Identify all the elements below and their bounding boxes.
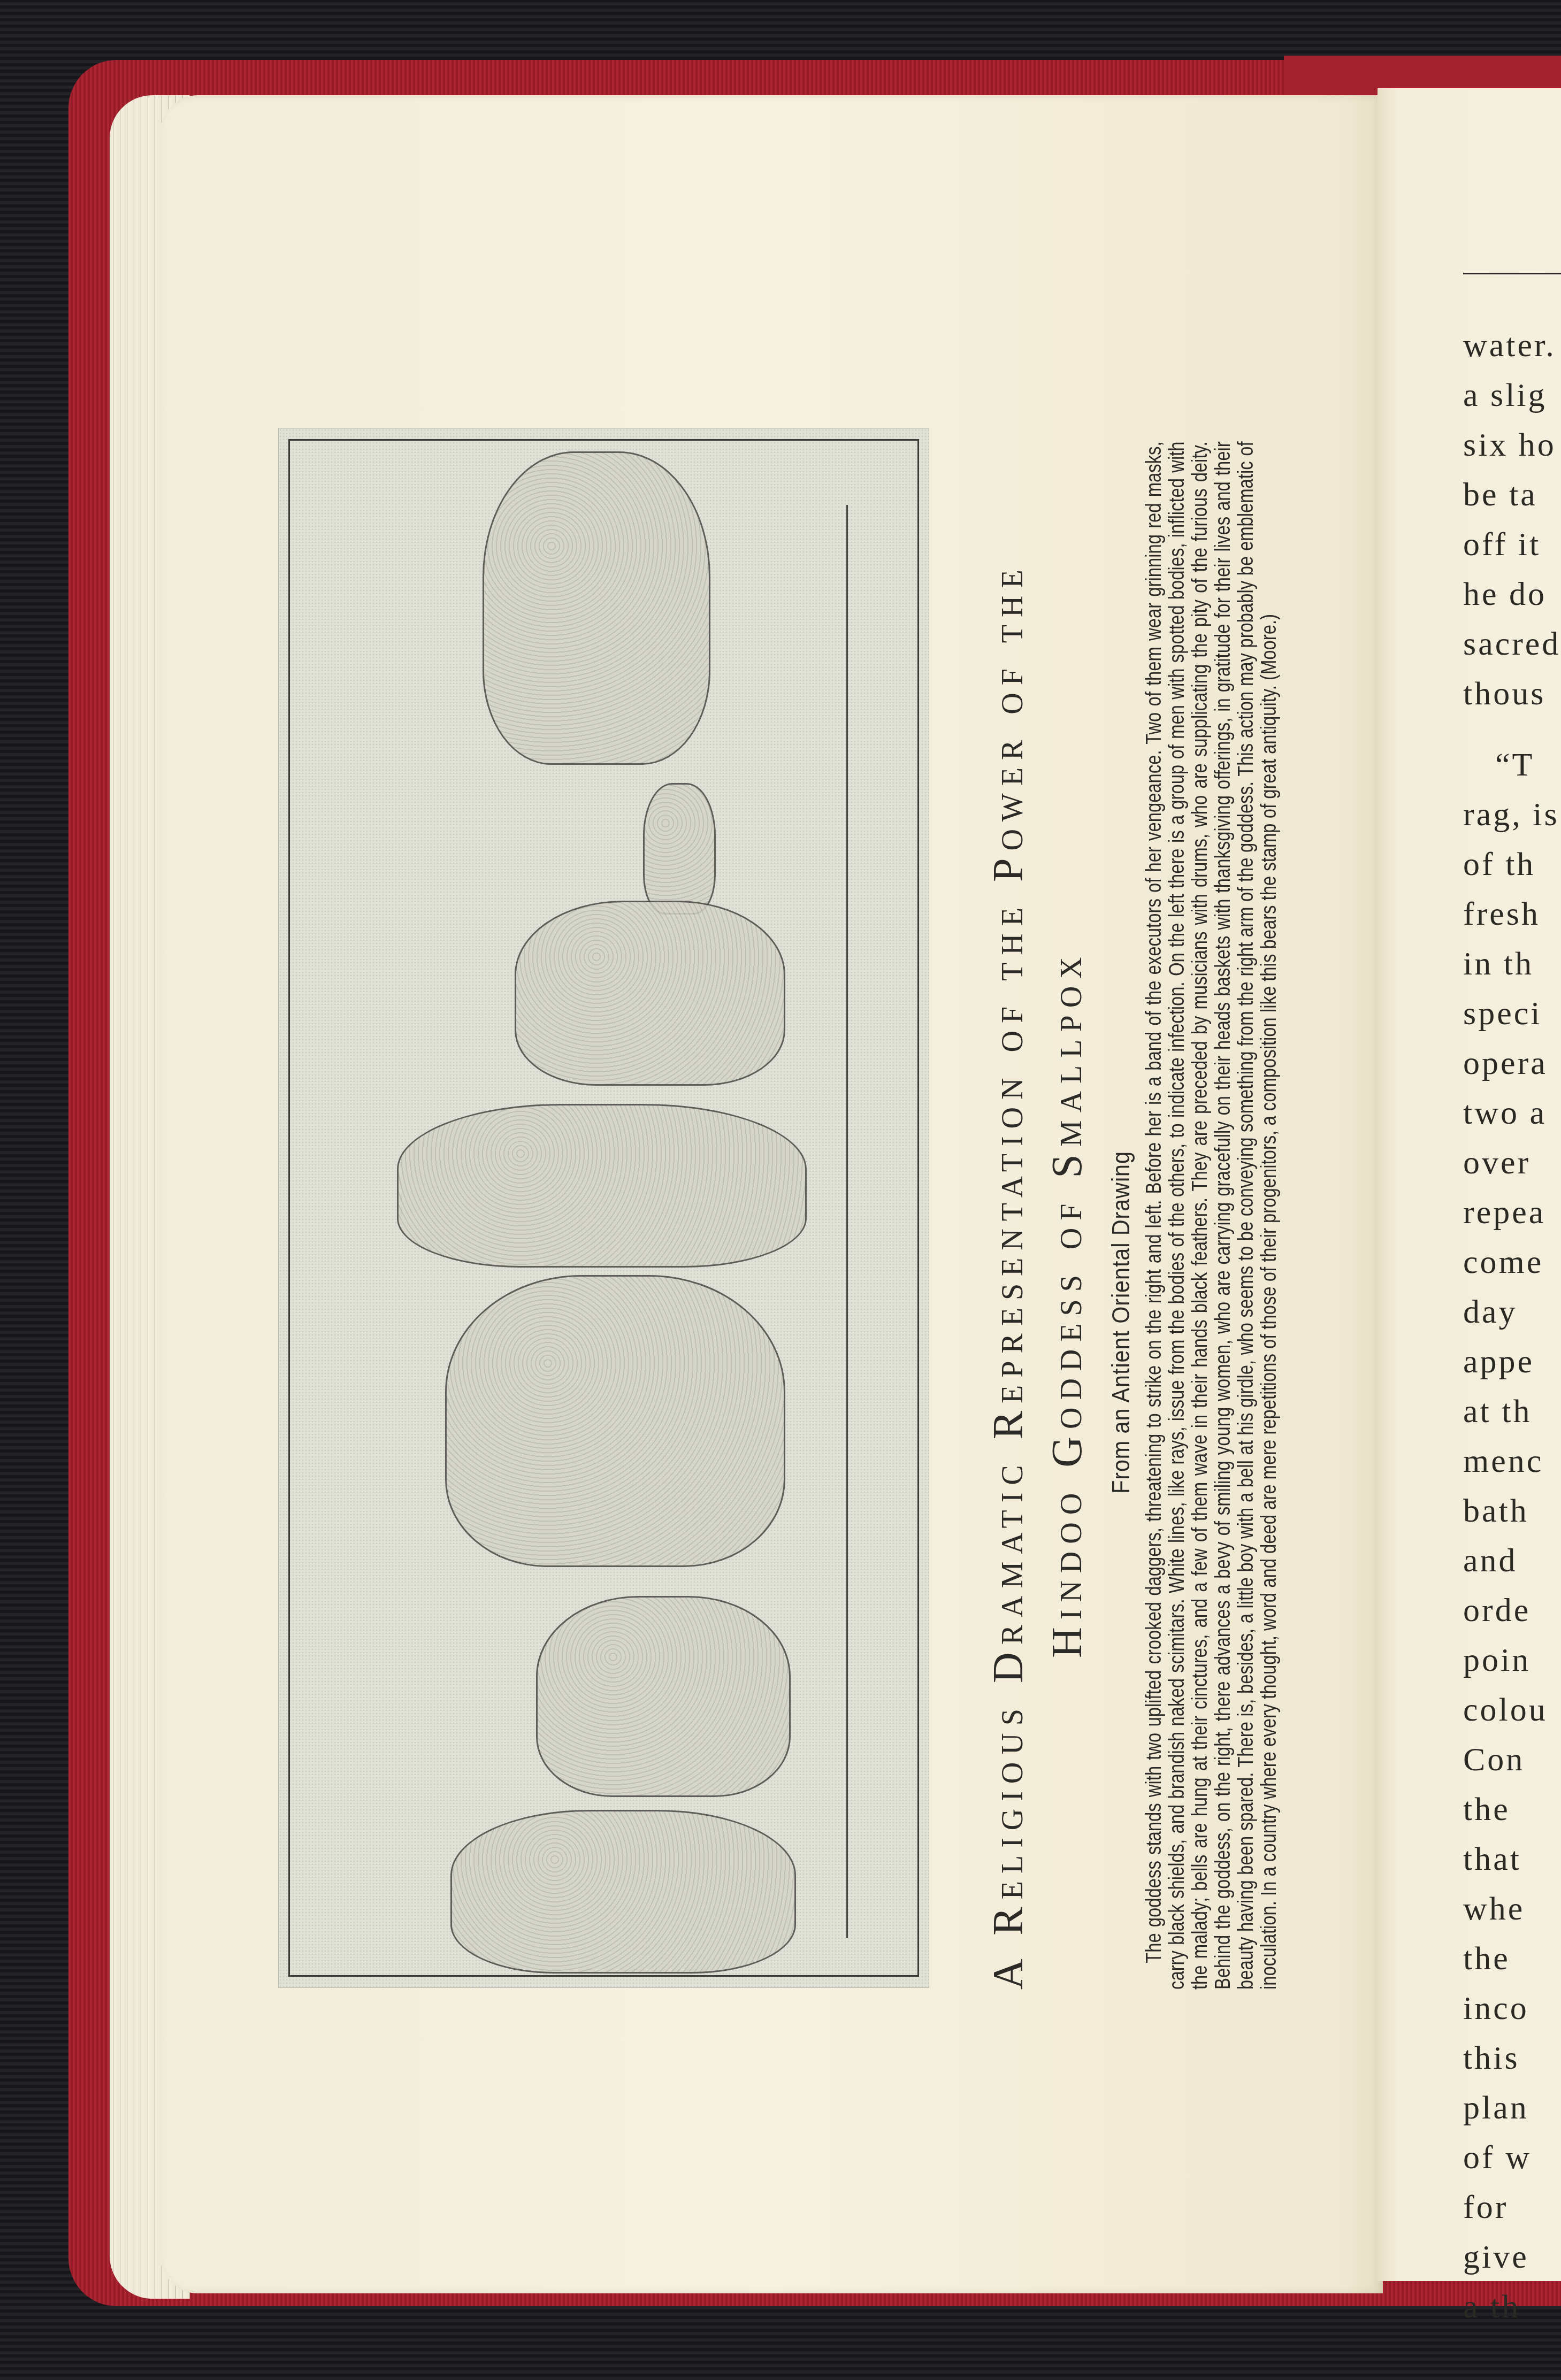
- text-line: that: [1463, 1834, 1561, 1884]
- illustration-plate: [278, 428, 929, 1988]
- text-line: the: [1463, 1934, 1561, 1984]
- text-line: colou: [1463, 1685, 1561, 1735]
- text-line: off it: [1463, 520, 1561, 570]
- goddess-figure: [397, 1104, 807, 1268]
- text-line: “T: [1463, 740, 1561, 790]
- text-line: of th: [1463, 840, 1561, 889]
- text-line: fresh: [1463, 889, 1561, 939]
- text-line: inco: [1463, 1984, 1561, 2033]
- text-line: in th: [1463, 939, 1561, 989]
- text-line: plan: [1463, 2083, 1561, 2133]
- text-line: opera: [1463, 1039, 1561, 1088]
- drummers-figures: [536, 1596, 791, 1797]
- text-line: at th: [1463, 1387, 1561, 1437]
- spotted-men-figures: [450, 1810, 796, 1974]
- header-rule: [1463, 273, 1561, 274]
- text-line: six ho: [1463, 420, 1561, 470]
- text-line: day: [1463, 1287, 1561, 1337]
- text-line: over: [1463, 1138, 1561, 1188]
- text-line: water.: [1463, 321, 1561, 371]
- caption-title: A Religious Dramatic Representation of t…: [979, 433, 1097, 1990]
- text-line: come: [1463, 1238, 1561, 1287]
- text-line: appe: [1463, 1337, 1561, 1387]
- text-line: menc: [1463, 1437, 1561, 1486]
- ground-line: [846, 505, 848, 1938]
- text-line: whe: [1463, 1884, 1561, 1934]
- text-line: rag, is: [1463, 790, 1561, 840]
- text-line: of w: [1463, 2133, 1561, 2183]
- right-page-text: water. a slig six ho be ta off it he do …: [1463, 321, 1561, 2332]
- text-line: and: [1463, 1536, 1561, 1586]
- caption-title-line2: Hindoo Goddess of Smallpox: [1038, 433, 1097, 1990]
- text-line: this: [1463, 2033, 1561, 2083]
- text-line: be ta: [1463, 470, 1561, 520]
- text-line: a slig: [1463, 371, 1561, 420]
- text-line: the: [1463, 1785, 1561, 1834]
- text-line: speci: [1463, 989, 1561, 1039]
- text-line: a th: [1463, 2282, 1561, 2332]
- text-line: poin: [1463, 1636, 1561, 1685]
- little-boy-figures: [643, 783, 716, 915]
- text-line: for: [1463, 2183, 1561, 2232]
- caption: A Religious Dramatic Representation of t…: [979, 433, 1321, 1990]
- text-line: give: [1463, 2232, 1561, 2282]
- text-line: sacred: [1463, 619, 1561, 669]
- attendant-figures: [515, 901, 785, 1086]
- text-line: two a: [1463, 1088, 1561, 1138]
- text-line: Con: [1463, 1735, 1561, 1785]
- illustration-frame: [288, 439, 919, 1977]
- caption-body: The goddess stands with two uplifted cro…: [1143, 441, 1281, 1990]
- women-with-baskets-figures: [483, 451, 710, 765]
- caption-subtitle: From an Antient Oriental Drawing: [1106, 589, 1135, 1990]
- text-line: thous: [1463, 669, 1561, 719]
- text-line: repea: [1463, 1188, 1561, 1238]
- text-line: orde: [1463, 1586, 1561, 1636]
- caption-title-line1: A Religious Dramatic Representation of t…: [985, 562, 1032, 1990]
- executors-figures: [445, 1275, 785, 1567]
- text-line: he do: [1463, 570, 1561, 619]
- text-line: bath: [1463, 1486, 1561, 1536]
